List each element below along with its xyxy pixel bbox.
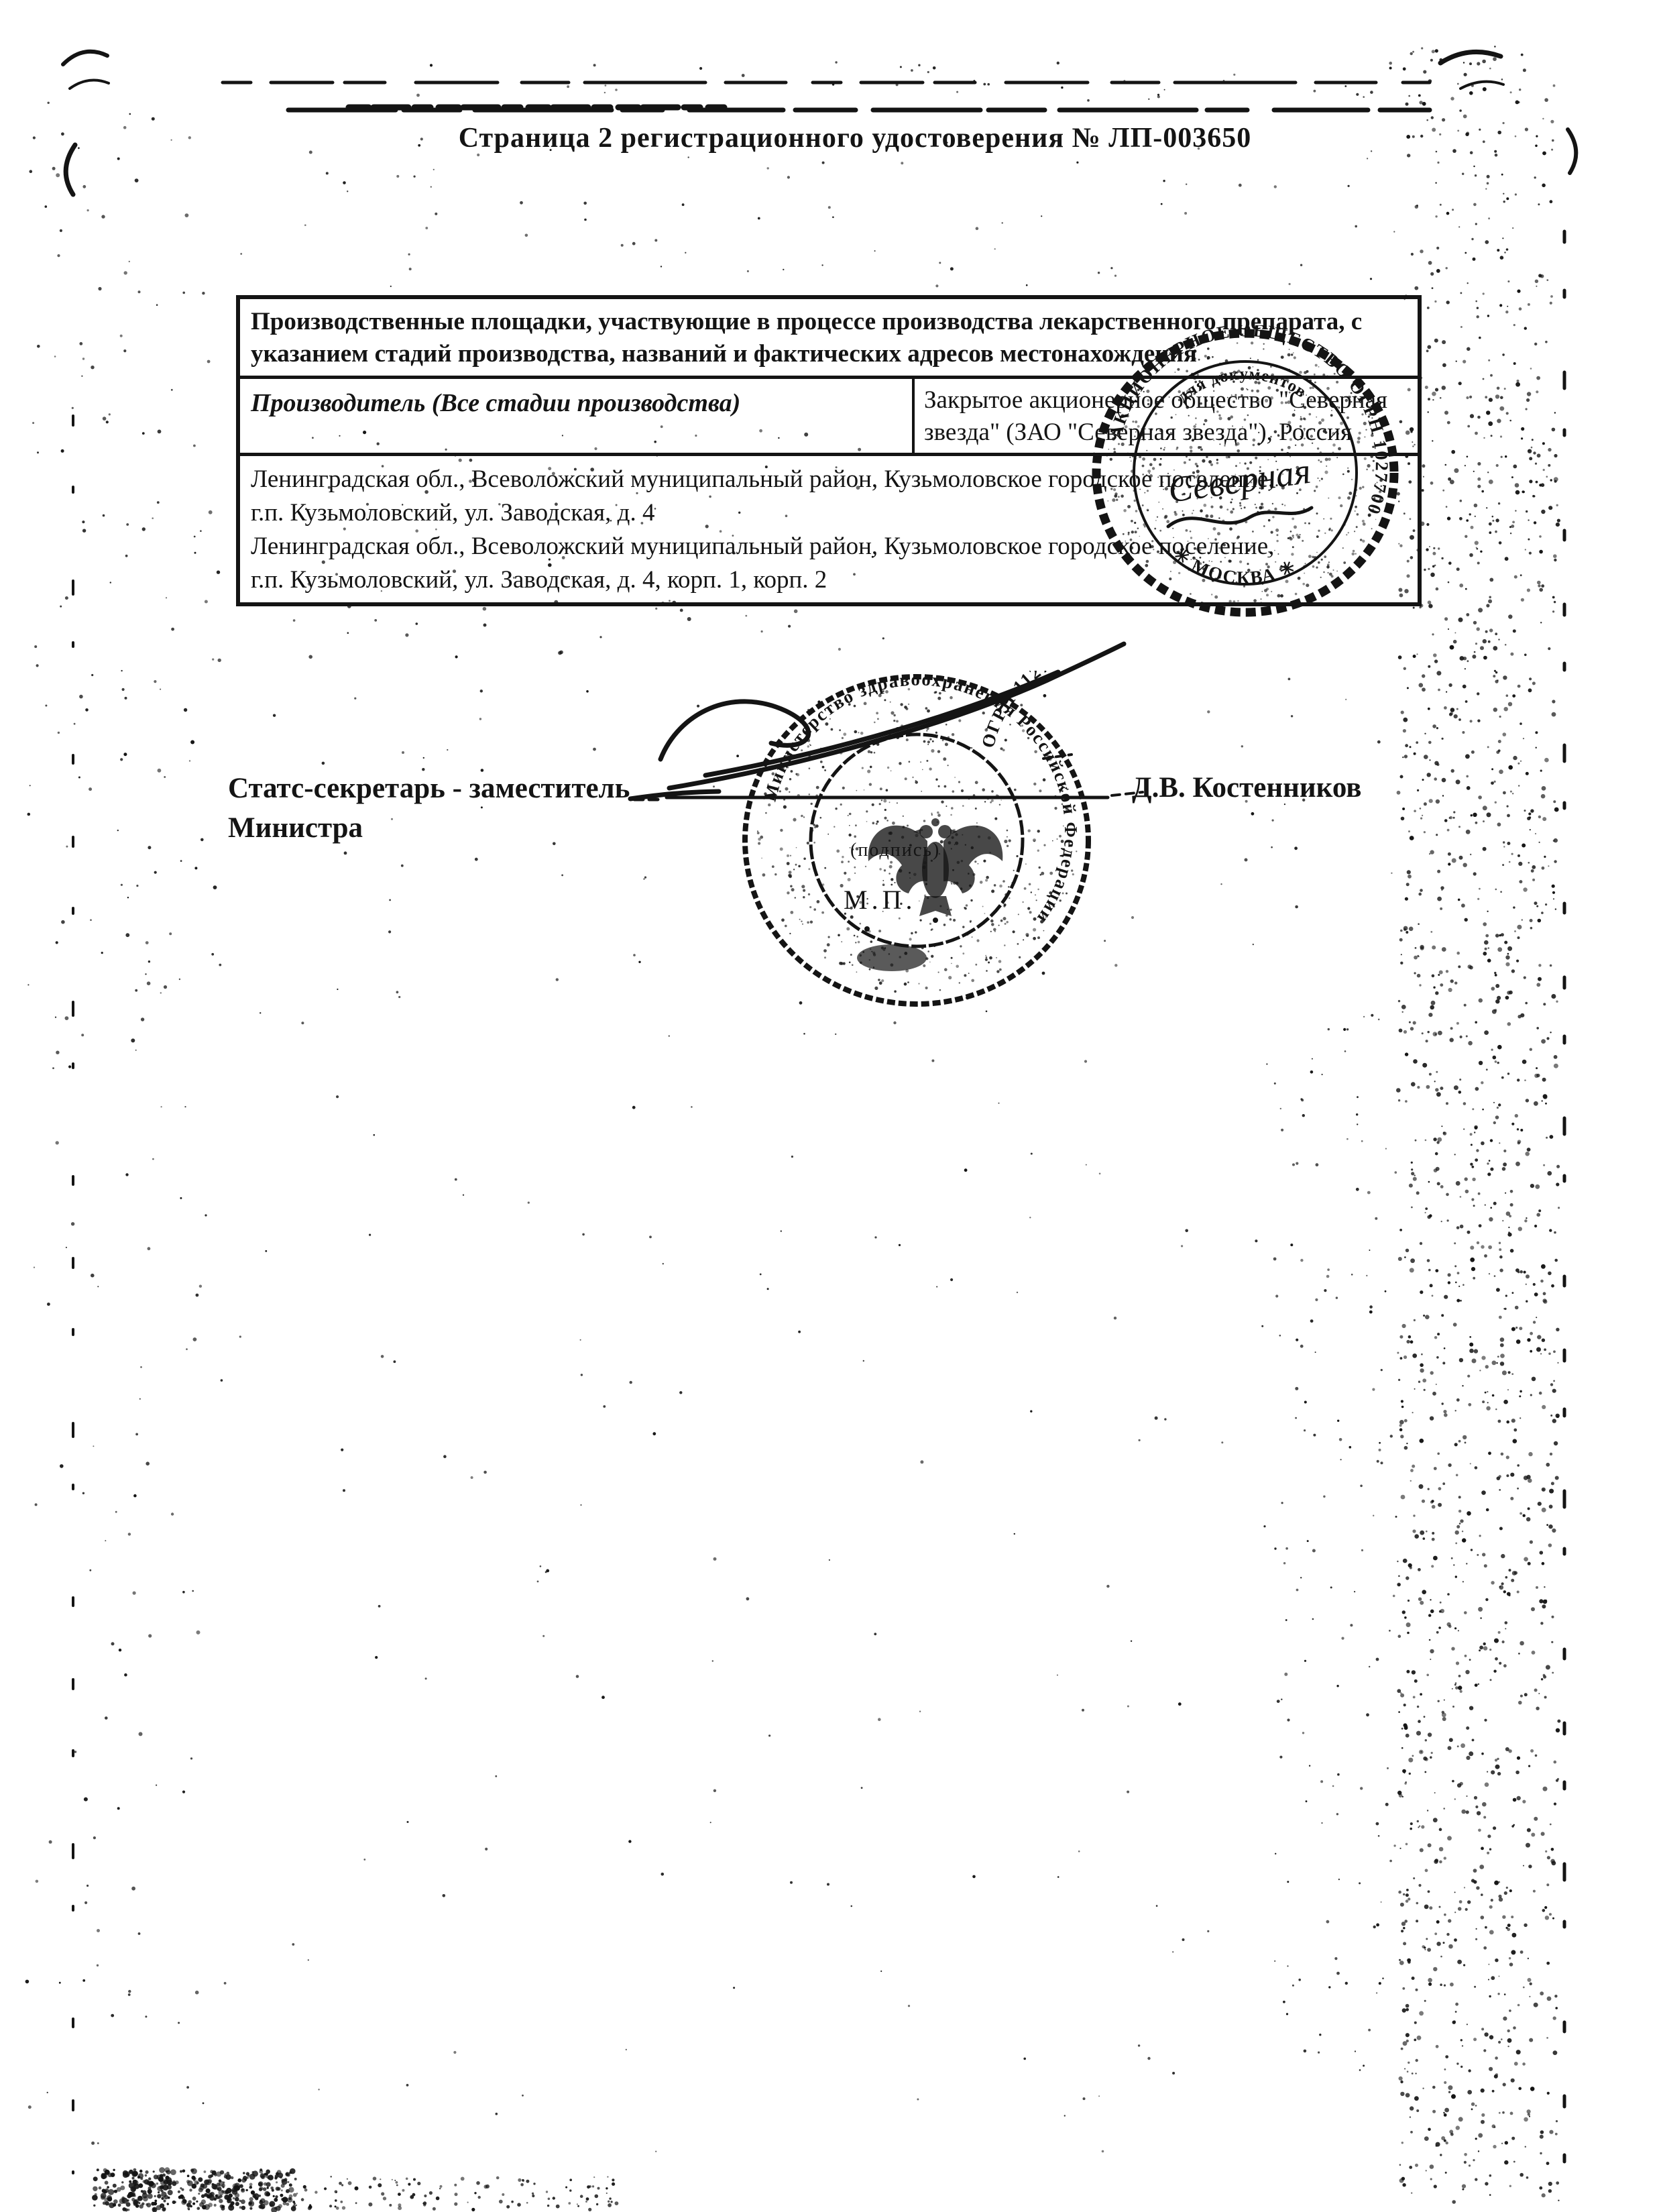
address-line: г.п. Кузьмоловский, ул. Заводская, д. 4,… <box>251 563 1407 597</box>
addresses-cell: Ленинградская обл., Всеволожский муницип… <box>240 456 1418 602</box>
scan-line-artifacts <box>223 82 1430 110</box>
address-line: Ленинградская обл., Всеволожский муницип… <box>251 530 1407 563</box>
svg-text:ОГРН 1127746460896: ОГРН 1127746460896 <box>978 671 1110 750</box>
scanned-document-page: Страница 2 регистрационного удостоверени… <box>0 0 1663 2212</box>
signer-name: Д.В. Костенников <box>1132 771 1362 804</box>
seal-place-mark: М.П. <box>844 884 916 916</box>
ministry-seal-ring-text: Министерство здравоохранения Российской … <box>760 671 1081 928</box>
production-sites-table: Производственные площадки, участвующие в… <box>236 295 1422 606</box>
signer-position-line2: Министра <box>228 808 751 848</box>
svg-text:Министерство здравоохранения Р: Министерство здравоохранения Российской … <box>760 671 1081 928</box>
producer-name-cell: Закрытое акционерное общество "Северная … <box>912 379 1418 453</box>
producer-row: Производитель (Все стадии производства) … <box>240 379 1418 456</box>
page-title: Страница 2 регистрационного удостоверени… <box>456 122 1254 154</box>
signer-position-line1: Статс-секретарь - заместитель <box>228 769 751 808</box>
signature-caption: (подпись) <box>850 840 940 861</box>
table-caption: Производственные площадки, участвующие в… <box>240 299 1418 379</box>
signer-position: Статс-секретарь - заместитель Министра <box>228 769 751 848</box>
producer-role-cell: Производитель (Все стадии производства) <box>240 379 912 453</box>
address-line: Ленинградская обл., Всеволожский муницип… <box>251 463 1407 496</box>
ministry-seal-ogrn-text: ОГРН 1127746460896 <box>978 671 1110 750</box>
ministry-seal-bottom-emblem <box>857 944 927 971</box>
address-line: г.п. Кузьмоловский, ул. Заводская, д. 4 <box>251 496 1407 530</box>
